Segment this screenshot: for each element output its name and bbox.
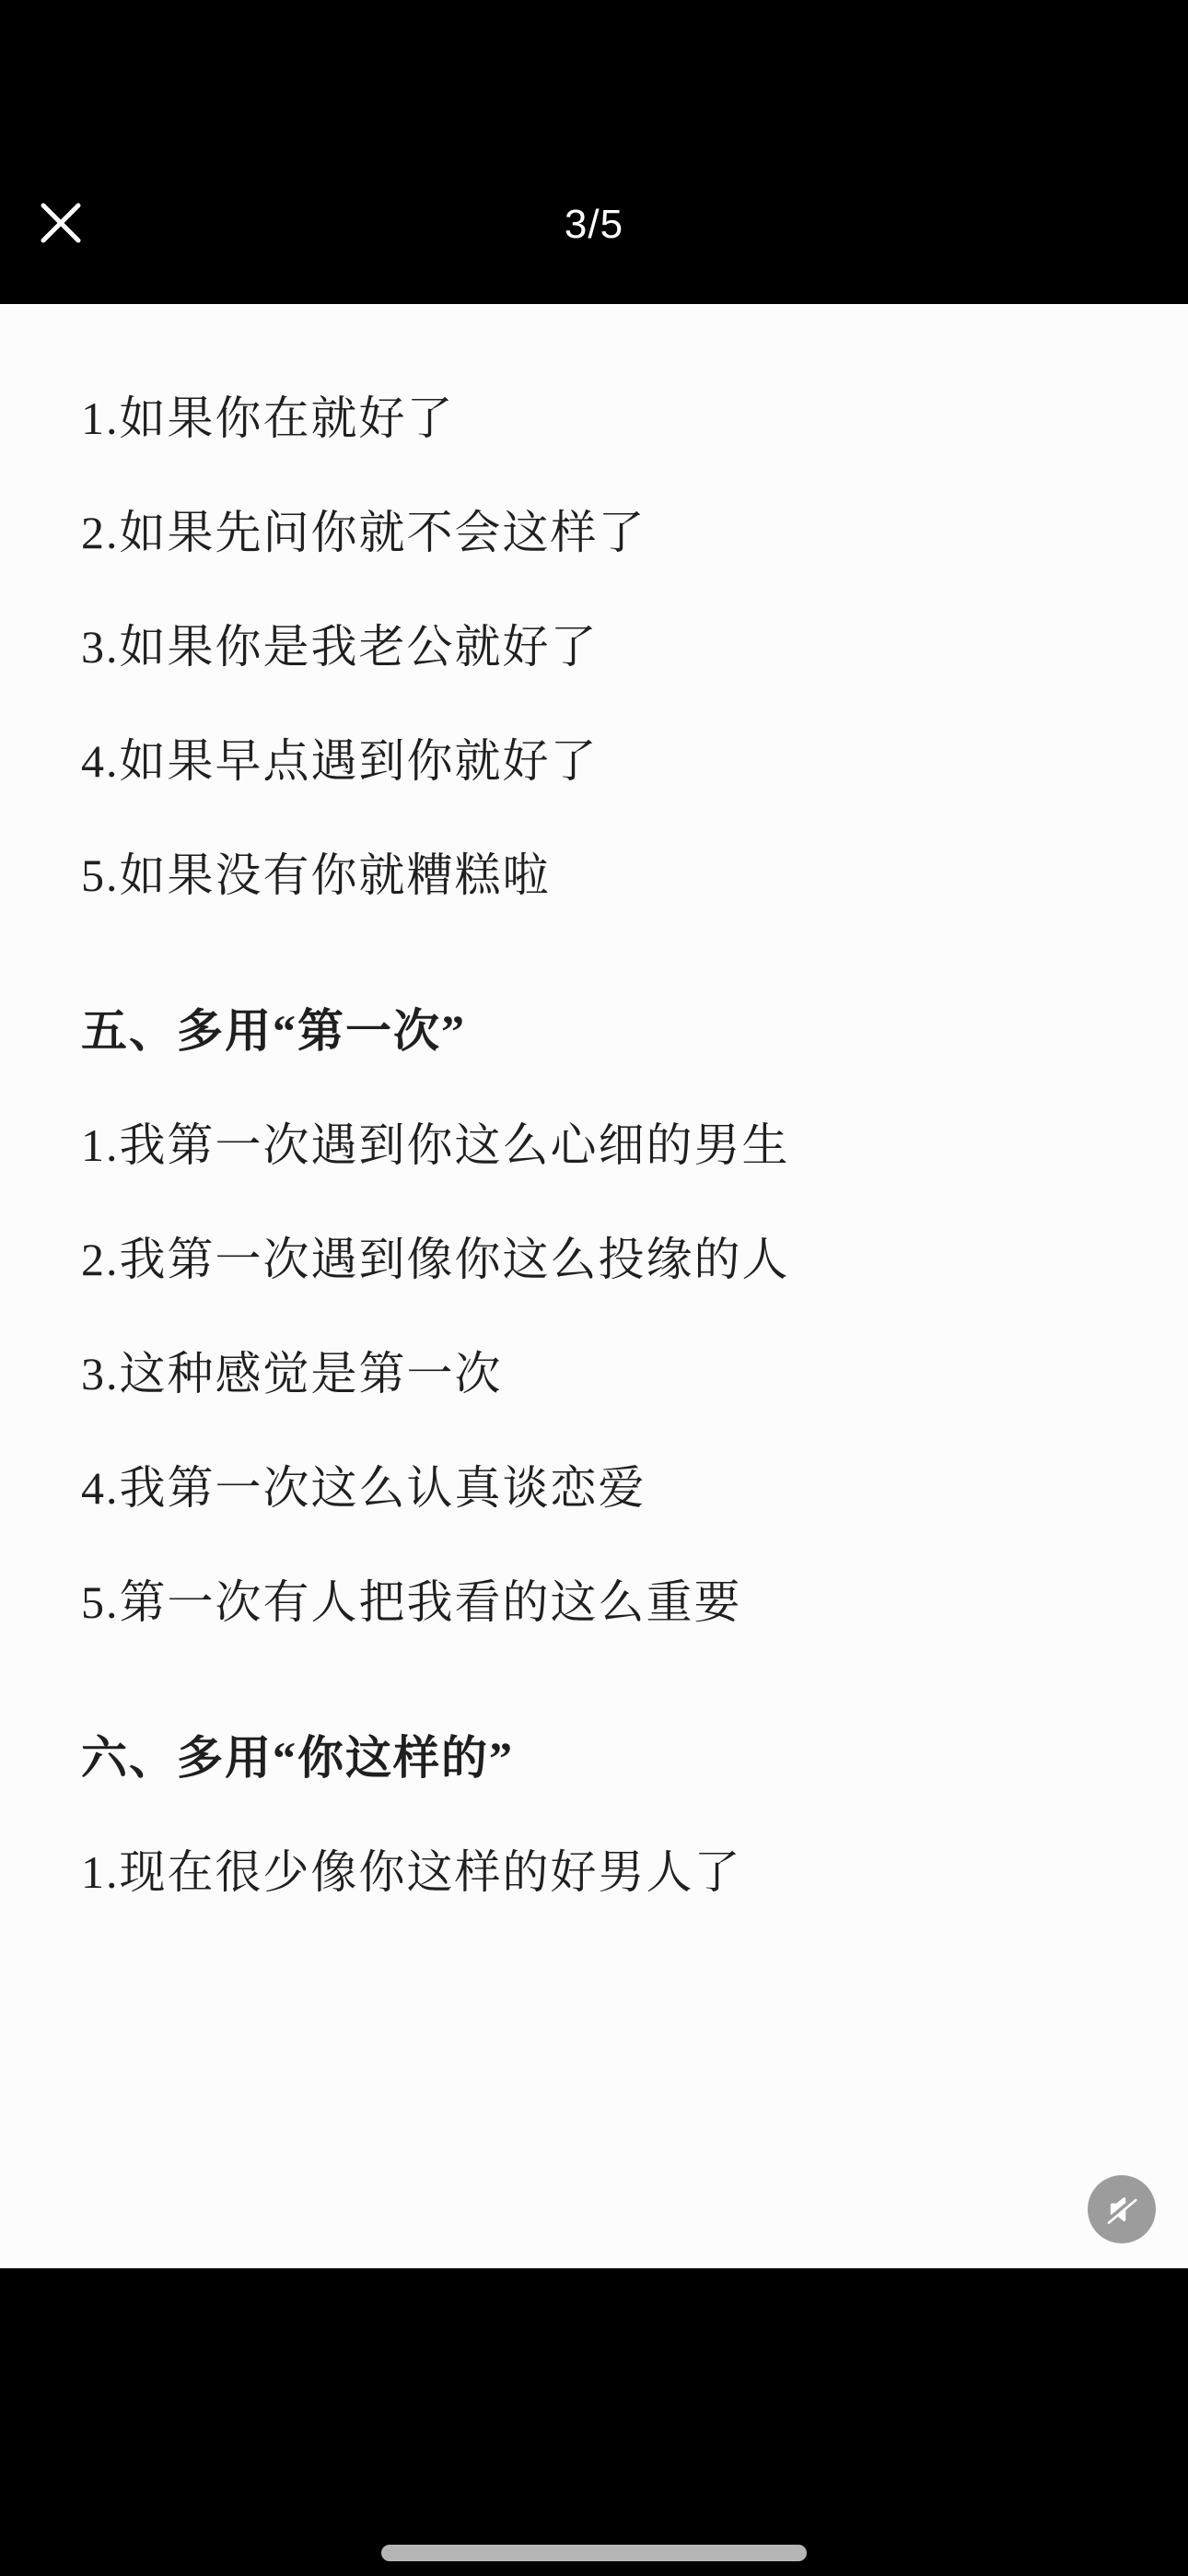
text-content: 1.如果你在就好了2.如果先问你就不会这样了3.如果你是我老公就好了4.如果早点… (81, 395, 1133, 1963)
viewer-top-bar: 3/5 (0, 0, 1188, 304)
text-line: 5.第一次有人把我看的这么重要 (81, 1579, 1133, 1625)
section-heading: 五、多用“第一次” (81, 1008, 1133, 1054)
text-line: 4.我第一次这么认真谈恋爱 (81, 1465, 1133, 1511)
text-line: 2.如果先问你就不会这样了 (81, 509, 1133, 556)
mute-button[interactable] (1088, 2175, 1156, 2243)
text-line: 1.如果你在就好了 (81, 395, 1133, 441)
text-line: 3.这种感觉是第一次 (81, 1351, 1133, 1397)
viewer-bottom-bar (0, 2268, 1188, 2576)
page-indicator: 3/5 (0, 199, 1188, 251)
text-line: 2.我第一次遇到像你这么投缘的人 (81, 1236, 1133, 1282)
text-line: 4.如果早点遇到你就好了 (81, 738, 1133, 784)
muted-speaker-icon (1103, 2191, 1140, 2228)
image-viewer-screen: 3/5 1.如果你在就好了2.如果先问你就不会这样了3.如果你是我老公就好了4.… (0, 0, 1188, 2576)
home-indicator[interactable] (381, 2545, 807, 2561)
text-line: 1.我第一次遇到你这么心细的男生 (81, 1122, 1133, 1168)
image-page[interactable]: 1.如果你在就好了2.如果先问你就不会这样了3.如果你是我老公就好了4.如果早点… (0, 304, 1188, 2268)
text-line: 3.如果你是我老公就好了 (81, 624, 1133, 670)
text-line: 5.如果没有你就糟糕啦 (81, 852, 1133, 898)
text-line: 1.现在很少像你这样的好男人了 (81, 1849, 1133, 1895)
section-heading: 六、多用“你这样的” (81, 1735, 1133, 1781)
